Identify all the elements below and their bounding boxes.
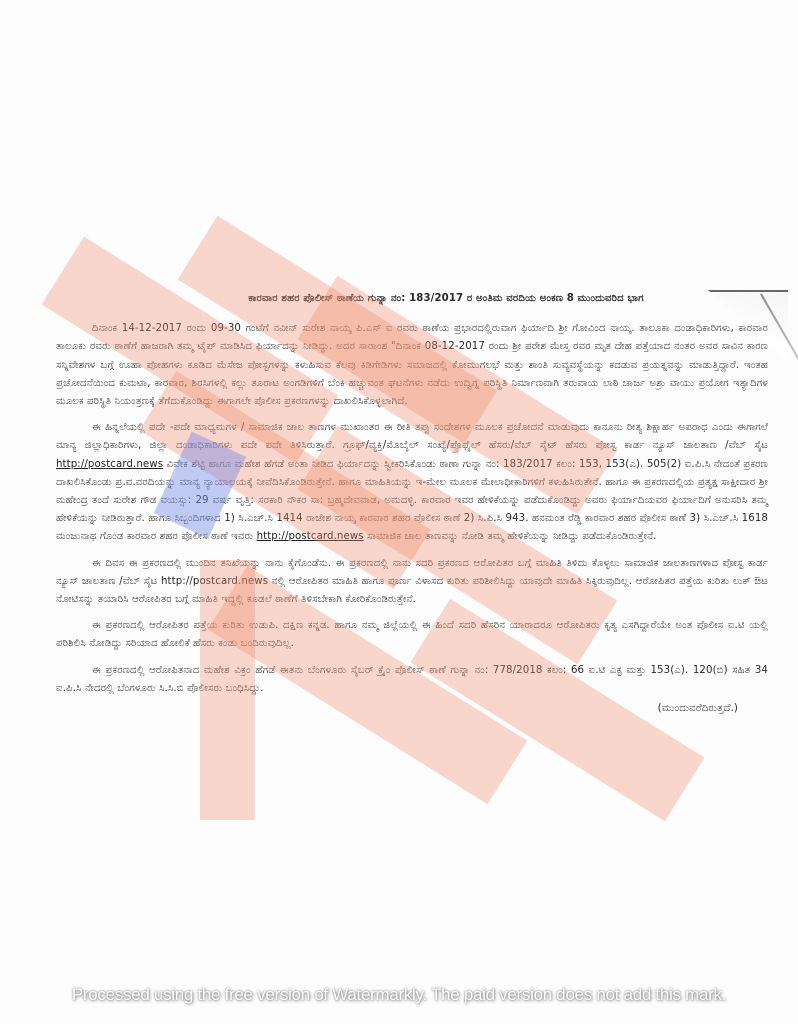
postcard-news-link[interactable]: http://postcard.news <box>56 459 163 470</box>
paragraph-text: ವಿವೇಕ ಶೆಟ್ಟಿ ಹಾಗೂ ಮಹೇಶ ಹೆಗಡೆ ಅಂತಾ ನೀಡಿದ … <box>56 459 768 543</box>
paragraph-list: ದಿನಾಂಕ 14-12-2017 ರಂದು 09-30 ಗಂಟೆಗೆ ನವೀನ… <box>56 320 768 698</box>
paragraph: ಈ ಪ್ರಕರಣದಲ್ಲಿ ಆರೋಪಿತನಾದ ಮಹೇಶ ವಿಕ್ರಂ ಹೆಗಡ… <box>56 662 768 698</box>
scanned-page: ಕಾರವಾರ ಶಹರ ಪೊಲೀಸ್ ಠಾಣೆಯ ಗುನ್ನಾ ನಂ: 183/2… <box>0 0 798 1024</box>
paragraph-text: ಈ ದಿವಸ ಈ ಪ್ರಕರಣದಲ್ಲಿ ಮುಂದಿನ ತನಿಖೆಯನ್ನು ನ… <box>56 558 768 605</box>
paragraph-text: ಈ ಪ್ರಕರಣದಲ್ಲಿ ಆರೋಪಿತರ ಪತ್ತೆಯ ಕುರಿತು ಉಡುಪ… <box>56 620 768 649</box>
document-body: ಕಾರವಾರ ಶಹರ ಪೊಲೀಸ್ ಠಾಣೆಯ ಗುನ್ನಾ ನಂ: 183/2… <box>56 290 768 718</box>
paragraph: ಈ ಪ್ರಕರಣದಲ್ಲಿ ಆರೋಪಿತರ ಪತ್ತೆಯ ಕುರಿತು ಉಡುಪ… <box>56 617 768 653</box>
paragraph: ಈ ಹಿನ್ನಲೆಯಲ್ಲಿ ಪದೇ -ಪದೇ ಮಾಧ್ಯಮಗಳ / ಸಾಮಾಜ… <box>56 419 768 546</box>
paragraph: ದಿನಾಂಕ 14-12-2017 ರಂದು 09-30 ಗಂಟೆಗೆ ನವೀನ… <box>56 320 768 411</box>
paragraph-text: ಈ ಹಿನ್ನಲೆಯಲ್ಲಿ ಪದೇ -ಪದೇ ಮಾಧ್ಯಮಗಳ / ಸಾಮಾಜ… <box>56 422 768 451</box>
watermark-footer-text: Processed using the free version of Wate… <box>0 985 798 1005</box>
document-title: ಕಾರವಾರ ಶಹರ ಪೊಲೀಸ್ ಠಾಣೆಯ ಗುನ್ನಾ ನಂ: 183/2… <box>124 290 768 308</box>
paragraph-text: ಈ ಪ್ರಕರಣದಲ್ಲಿ ಆರೋಪಿತನಾದ ಮಹೇಶ ವಿಕ್ರಂ ಹೆಗಡ… <box>56 665 768 694</box>
paragraph-text: ಸಾಮಾಜಿಕ ಜಾಲ ತಾಣವನ್ನು ನೋಡಿ ತಮ್ಮ ಹೇಳಿಕೆಯನ್… <box>364 531 657 542</box>
paragraph-text: ದಿನಾಂಕ 14-12-2017 ರಂದು 09-30 ಗಂಟೆಗೆ ನವೀನ… <box>56 323 768 407</box>
postcard-news-link[interactable]: http://postcard.news <box>257 531 364 542</box>
paragraph: ಈ ದಿವಸ ಈ ಪ್ರಕರಣದಲ್ಲಿ ಮುಂದಿನ ತನಿಖೆಯನ್ನು ನ… <box>56 555 768 610</box>
continued-note: (ಮುಂದುವರೆದಿರುತ್ತದೆ.) <box>56 700 738 718</box>
